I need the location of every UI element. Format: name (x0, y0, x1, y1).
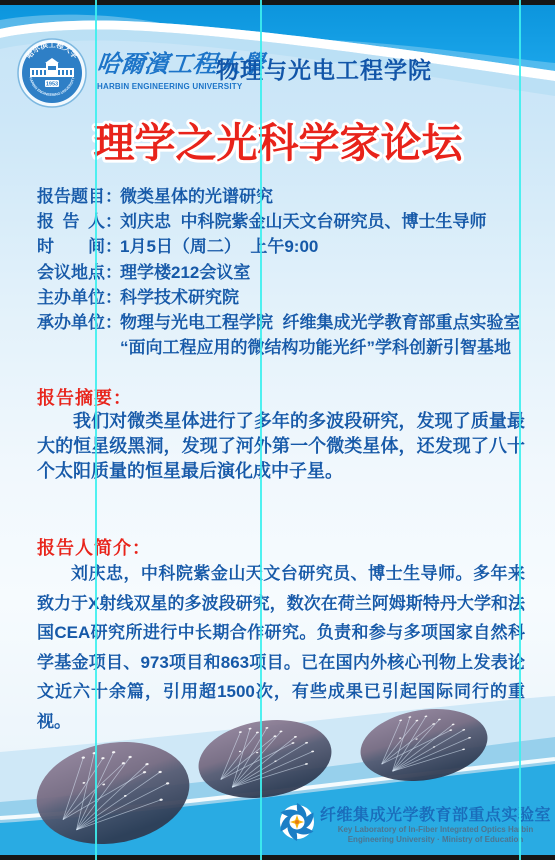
info-colon: ： (105, 234, 120, 259)
guide-line-left (95, 0, 97, 860)
info-value: 物理与光电工程学院 纤维集成光学教育部重点实验室 (120, 310, 529, 335)
info-row-time: 时间：1月5日（周二） 上午9:00 (37, 234, 529, 259)
info-colon: ： (105, 285, 120, 310)
info-colon: ： (105, 209, 120, 234)
abstract-text: 我们对微类星体进行了多年的多波段研究，发现了质量最大的恒星级黑洞，发现了河外第一… (37, 409, 525, 484)
info-list: 报告题目：微类星体的光谱研究 报告人：刘庆忠 中科院紫金山天文台研究员、博士生导… (37, 184, 529, 360)
bottom-edge-bar (0, 855, 555, 860)
lab-name-en-line2: Engineering University · Ministry of Edu… (348, 835, 524, 845)
info-value: 科学技术研究院 (120, 285, 529, 310)
info-value: 微类星体的光谱研究 (120, 184, 529, 209)
university-name-cn: 哈爾濱工程大學 (95, 44, 224, 79)
guide-line-right (519, 0, 521, 860)
lab-name-en-line1: Key Laboratory of In-Fiber Integrated Op… (338, 825, 534, 835)
info-colon: ： (105, 310, 120, 335)
info-row-organizer: 承办单位：物理与光电工程学院 纤维集成光学教育部重点实验室 (37, 310, 529, 335)
info-colon: ： (105, 184, 120, 209)
university-name-en: HARBIN ENGINEERING UNIVERSITY (97, 82, 222, 91)
top-edge-bar (0, 0, 555, 5)
info-colon: ： (105, 260, 120, 285)
bio-heading: 报告人简介： (37, 534, 151, 560)
university-name-block: 哈爾濱工程大學 HARBIN ENGINEERING UNIVERSITY (97, 44, 222, 91)
lab-name-block: 纤维集成光学教育部重点实验室 Key Laboratory of In-Fibe… (320, 799, 551, 844)
lab-footer: 纤维集成光学教育部重点实验室 Key Laboratory of In-Fibe… (277, 799, 551, 845)
info-value: 刘庆忠 中科院紫金山天文台研究员、博士生导师 (120, 209, 529, 234)
info-row-host: 主办单位：科学技术研究院 (37, 285, 529, 310)
guide-line-middle (260, 0, 262, 860)
university-seal-icon: 哈尔滨工程大学 HARBIN ENGINEERING UNIVERSITY 19… (17, 38, 87, 108)
abstract-heading: 报告摘要： (37, 384, 132, 410)
forum-title: 理学之光科学家论坛 (94, 120, 464, 166)
poster-root: 哈尔滨工程大学 HARBIN ENGINEERING UNIVERSITY 19… (0, 0, 555, 860)
bio-text: 刘庆忠，中科院紫金山天文台研究员、博士生导师。多年来致力于X射线双星的多波段研究… (37, 559, 525, 736)
forum-title-banner: 理学之光科学家论坛 (0, 113, 555, 171)
info-row-topic: 报告题目：微类星体的光谱研究 (37, 184, 529, 209)
info-value: 1月5日（周二） 上午9:00 (120, 234, 529, 259)
college-name: 物理与光电工程学院 (216, 52, 432, 85)
info-row-venue: 会议地点：理学楼212会议室 (37, 260, 529, 285)
info-row-speaker: 报告人：刘庆忠 中科院紫金山天文台研究员、博士生导师 (37, 209, 529, 234)
seal-year: 1953 (46, 82, 58, 88)
info-value-line2: “面向工程应用的微结构功能光纤”学科创新引智基地 (120, 335, 529, 360)
lab-logo-icon (277, 799, 317, 845)
info-value: 理学楼212会议室 (120, 260, 529, 285)
lab-name-cn: 纤维集成光学教育部重点实验室 (320, 802, 551, 825)
